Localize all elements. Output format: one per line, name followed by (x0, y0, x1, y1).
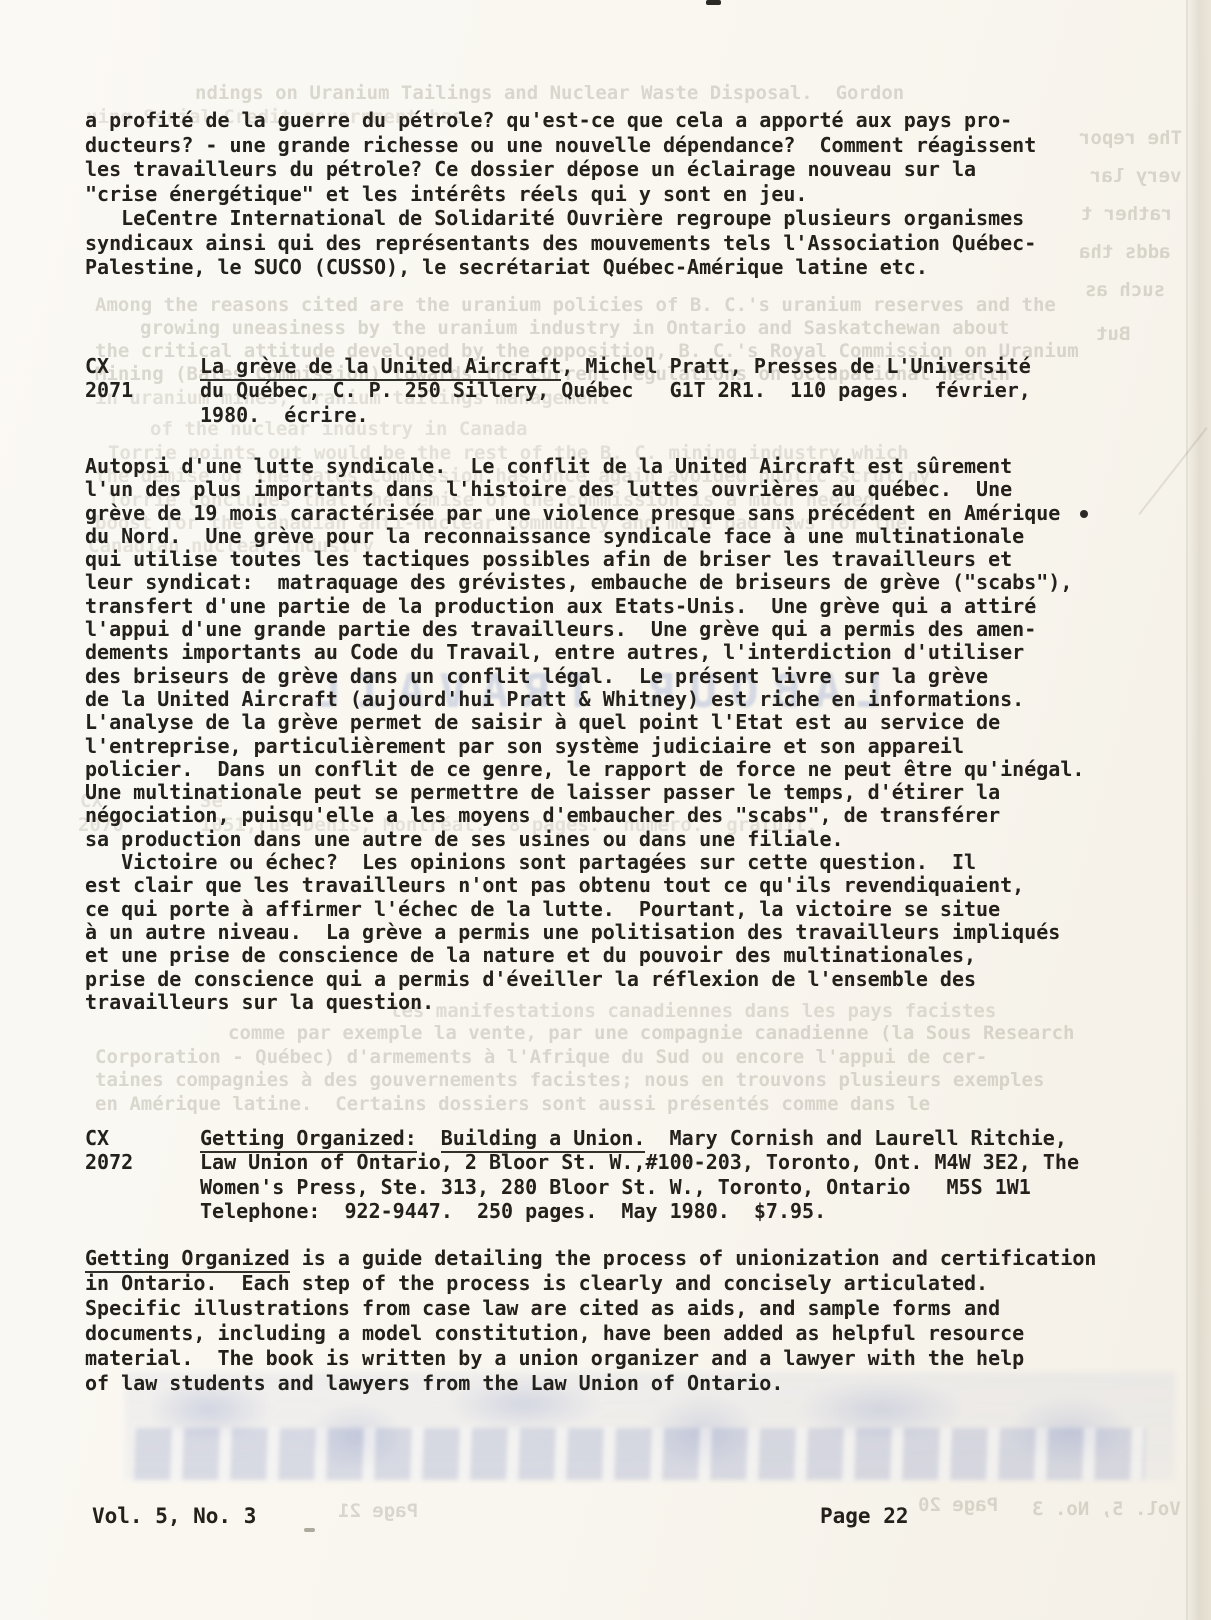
banner-bleed-through (134, 1428, 1146, 1480)
text-line: est clair que les travailleurs n'ont pas… (85, 874, 1084, 897)
review-lead-line: Getting Organized is a guide detailing t… (85, 1246, 1096, 1271)
ghost-text: The repor (1079, 127, 1182, 149)
ghost-text: comme par exemple la vente, par une comp… (228, 1022, 1074, 1044)
text-line: Palestine, le SUCO (CUSSO), le secrétari… (85, 255, 1036, 280)
text-line: l'appui d'une grande partie des travaill… (85, 618, 1084, 641)
text-line: material. The book is written by a union… (85, 1346, 1096, 1371)
text-line: négociation, puisqu'elle a les moyens d'… (85, 804, 1084, 827)
ghost-text: Among the reasons cited are the uranium … (95, 294, 1056, 316)
text-line: a profité de la guerre du pétrole? qu'es… (85, 108, 1036, 133)
text-line: du Québec, C. P. 250 Sillery, Québec G1T… (200, 378, 1031, 402)
ghost-text: very lar (1090, 165, 1182, 187)
text-line: qui utilise toutes les tactiques possibl… (85, 548, 1084, 571)
text-line: les travailleurs du pétrole? Ce dossier … (85, 157, 1036, 182)
scan-artifact (706, 0, 721, 5)
text-line: "crise énergétique" et les intérêts réel… (85, 182, 1036, 207)
text-line: Women's Press, Ste. 313, 280 Bloor St. W… (200, 1175, 1079, 1199)
entry-cx2071-id: CX 2071 (85, 354, 133, 403)
text-line: et une prise de conscience de la nature … (85, 944, 1084, 967)
scan-artifact (304, 1528, 315, 1532)
text-line: of law students and lawyers from the Law… (85, 1371, 1096, 1396)
text-line: 1980. écrire. (200, 403, 1031, 427)
text-line: sa production dans une autre de ses usin… (85, 828, 1084, 851)
text-line: prise de conscience qui a permis d'éveil… (85, 968, 1084, 991)
ghost-text: Page 20 (918, 1494, 998, 1516)
entry-id-number: 2072 (85, 1150, 133, 1174)
ghost-text: en Amérique latine. Certains dossiers so… (95, 1093, 930, 1115)
text-line: ducteurs? - une grande richesse ou une n… (85, 133, 1036, 158)
ghost-text: ndings on Uranium Tailings and Nuclear W… (195, 82, 904, 104)
entry-id-code: CX (85, 1126, 133, 1150)
book-title-underlined: La grève de la United Aircraft (200, 354, 561, 381)
paper-crease (1186, 0, 1188, 1620)
ghost-text: such as (1085, 279, 1165, 301)
book-title-underlined: Getting Organized (85, 1246, 290, 1273)
text-line: ce qui porte à affirmer l'échec de la lu… (85, 898, 1084, 921)
entry-cx2072-citation: Getting Organized:Building a Union. Mary… (200, 1126, 1079, 1223)
text-line: LeCentre International de Solidarité Ouv… (85, 206, 1036, 231)
text-line: Law Union of Ontario, 2 Bloor St. W.,#10… (200, 1150, 1079, 1174)
footer-volume-label: Vol. 5, No. 3 (92, 1504, 256, 1528)
text-line: transfert d'une partie de la production … (85, 595, 1084, 618)
text-line: in Ontario. Each step of the process is … (85, 1271, 1096, 1296)
page-edge-shadow (1185, 0, 1211, 1620)
ghost-text: growing uneasiness by the uranium indust… (140, 317, 1009, 339)
book-subtitle-underlined: Building a Union. (441, 1126, 646, 1153)
text-line: de la United Aircraft (aujourd'hui Pratt… (85, 688, 1084, 711)
text-line: du Nord. Une grève pour la reconnaissanc… (85, 525, 1084, 548)
text-line: Telephone: 922-9447. 250 pages. May 1980… (200, 1199, 1079, 1223)
text-line: Une multinationale peut se permettre de … (85, 781, 1084, 804)
entry-cx2072-id: CX 2072 (85, 1126, 133, 1175)
footer-page-number: Page 22 (820, 1504, 909, 1528)
citation-title-line: Getting Organized:Building a Union. Mary… (200, 1126, 1079, 1150)
text-line: policier. Dans un conflit de ce genre, l… (85, 758, 1084, 781)
intro-paragraph: a profité de la guerre du pétrole? qu'es… (85, 108, 1036, 280)
text-line: dements importants au Code du Travail, e… (85, 641, 1084, 664)
citation-title-line: La grève de la United Aircraft, Michel P… (200, 354, 1031, 378)
review-paragraph-cx2071: Autopsi d'une lutte syndicale. Le confli… (85, 455, 1084, 1014)
entry-id-number: 2071 (85, 378, 133, 402)
citation-lines: du Québec, C. P. 250 Sillery, Québec G1T… (200, 378, 1031, 427)
citation-authors: , Michel Pratt, Presses de L'Université (561, 354, 1031, 378)
text-line: Specific illustrations from case law are… (85, 1296, 1096, 1321)
text-line: grève de 19 mois caractérisée par une vi… (85, 502, 1084, 525)
ghost-text: taines compagnies à des gouvernements fa… (95, 1069, 1044, 1091)
text-line: des briseurs de grève dans un conflit lé… (85, 665, 1084, 688)
ghost-text: Corporation - Québec) d'armements à l'Af… (95, 1046, 987, 1068)
ghost-text: Page 21 (338, 1500, 418, 1522)
review-lead-rest: is a guide detailing the process of unio… (290, 1246, 1097, 1270)
text-line: Autopsi d'une lutte syndicale. Le confli… (85, 455, 1084, 478)
review-paragraph-cx2072: Getting Organized is a guide detailing t… (85, 1246, 1096, 1396)
text-line: à un autre niveau. La grève a permis une… (85, 921, 1084, 944)
text-line: documents, including a model constitutio… (85, 1321, 1096, 1346)
ghost-text: But (1096, 323, 1130, 345)
review-lines: in Ontario. Each step of the process is … (85, 1271, 1096, 1396)
text-line: L'analyse de la grève permet de saisir à… (85, 711, 1084, 734)
entry-id-code: CX (85, 354, 133, 378)
text-line: travailleurs sur la question. (85, 991, 1084, 1014)
text-line: Victoire ou échec? Les opinions sont par… (85, 851, 1084, 874)
citation-authors: Mary Cornish and Laurell Ritchie, (645, 1126, 1066, 1150)
text-line: l'entreprise, particulièrement par son s… (85, 735, 1084, 758)
ghost-text: rather t (1081, 203, 1173, 225)
ghost-text: Vol. 5, No. 3 (1032, 1498, 1181, 1520)
text-line: leur syndicat: matraquage des grévistes,… (85, 571, 1084, 594)
book-title-underlined: Getting Organized: (200, 1126, 417, 1153)
entry-cx2071-citation: La grève de la United Aircraft, Michel P… (200, 354, 1031, 427)
scanned-document-page: ndings on Uranium Tailings and Nuclear W… (0, 0, 1211, 1620)
text-line: syndicaux ainsi qui des représentants de… (85, 231, 1036, 256)
text-line: l'un des plus importants dans l'histoire… (85, 478, 1084, 501)
ghost-text: adds tha (1079, 241, 1171, 263)
citation-lines: Law Union of Ontario, 2 Bloor St. W.,#10… (200, 1150, 1079, 1223)
